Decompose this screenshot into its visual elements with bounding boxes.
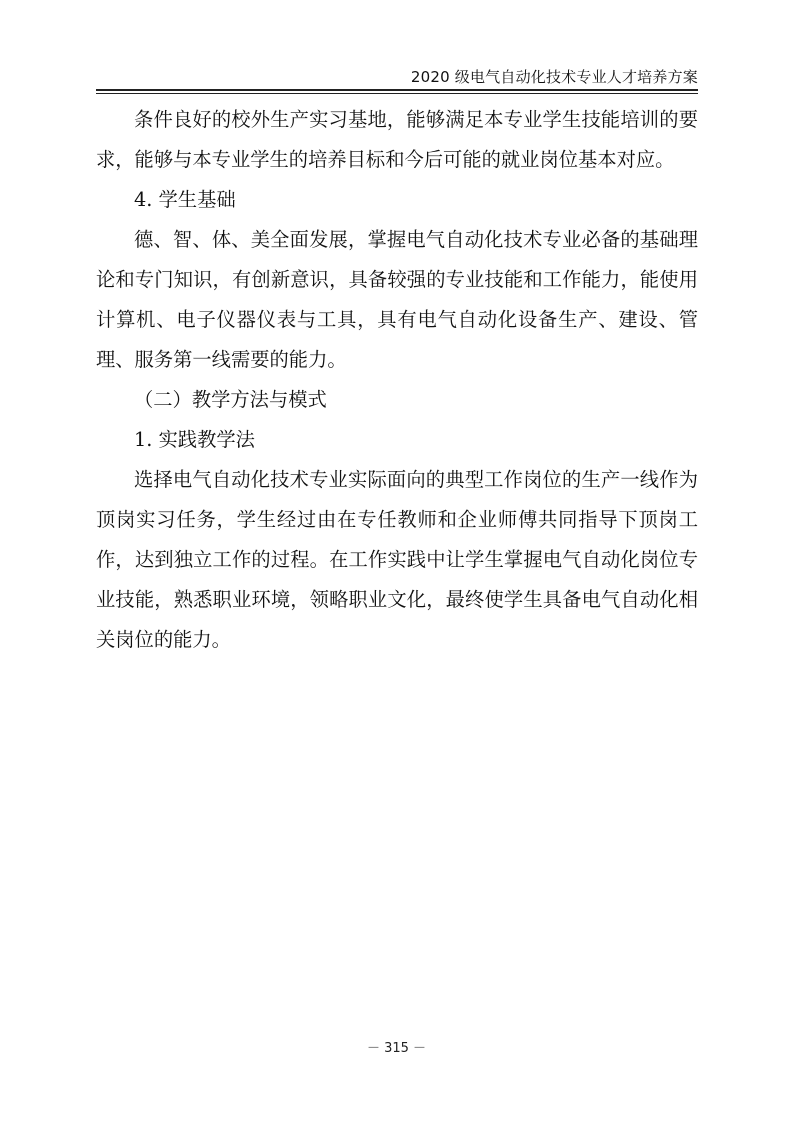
header-rule-thin (96, 93, 698, 94)
paragraph-practice-teaching: 选择电气自动化技术专业实际面向的典型工作岗位的生产一线作为顶岗实习任务，学生经过… (96, 460, 698, 660)
section-heading-teaching-methods: （二）教学方法与模式 (96, 380, 698, 420)
page-number: － 315 － (0, 1037, 793, 1056)
document-title: 2020 级电气自动化技术专业人才培养方案 (411, 66, 698, 87)
paragraph-student-basis: 德、智、体、美全面发展，掌握电气自动化技术专业必备的基础理论和专门知识，有创新意… (96, 220, 698, 380)
section-heading-student-basis: 4. 学生基础 (96, 180, 698, 220)
page-body: 条件良好的校外生产实习基地，能够满足本专业学生技能培训的要求，能够与本专业学生的… (96, 100, 698, 660)
paragraph-practice-base: 条件良好的校外生产实习基地，能够满足本专业学生技能培训的要求，能够与本专业学生的… (96, 100, 698, 180)
header-rule-thick (96, 89, 698, 91)
page-header: 2020 级电气自动化技术专业人才培养方案 (96, 62, 698, 92)
section-heading-practice-teaching: 1. 实践教学法 (96, 420, 698, 460)
